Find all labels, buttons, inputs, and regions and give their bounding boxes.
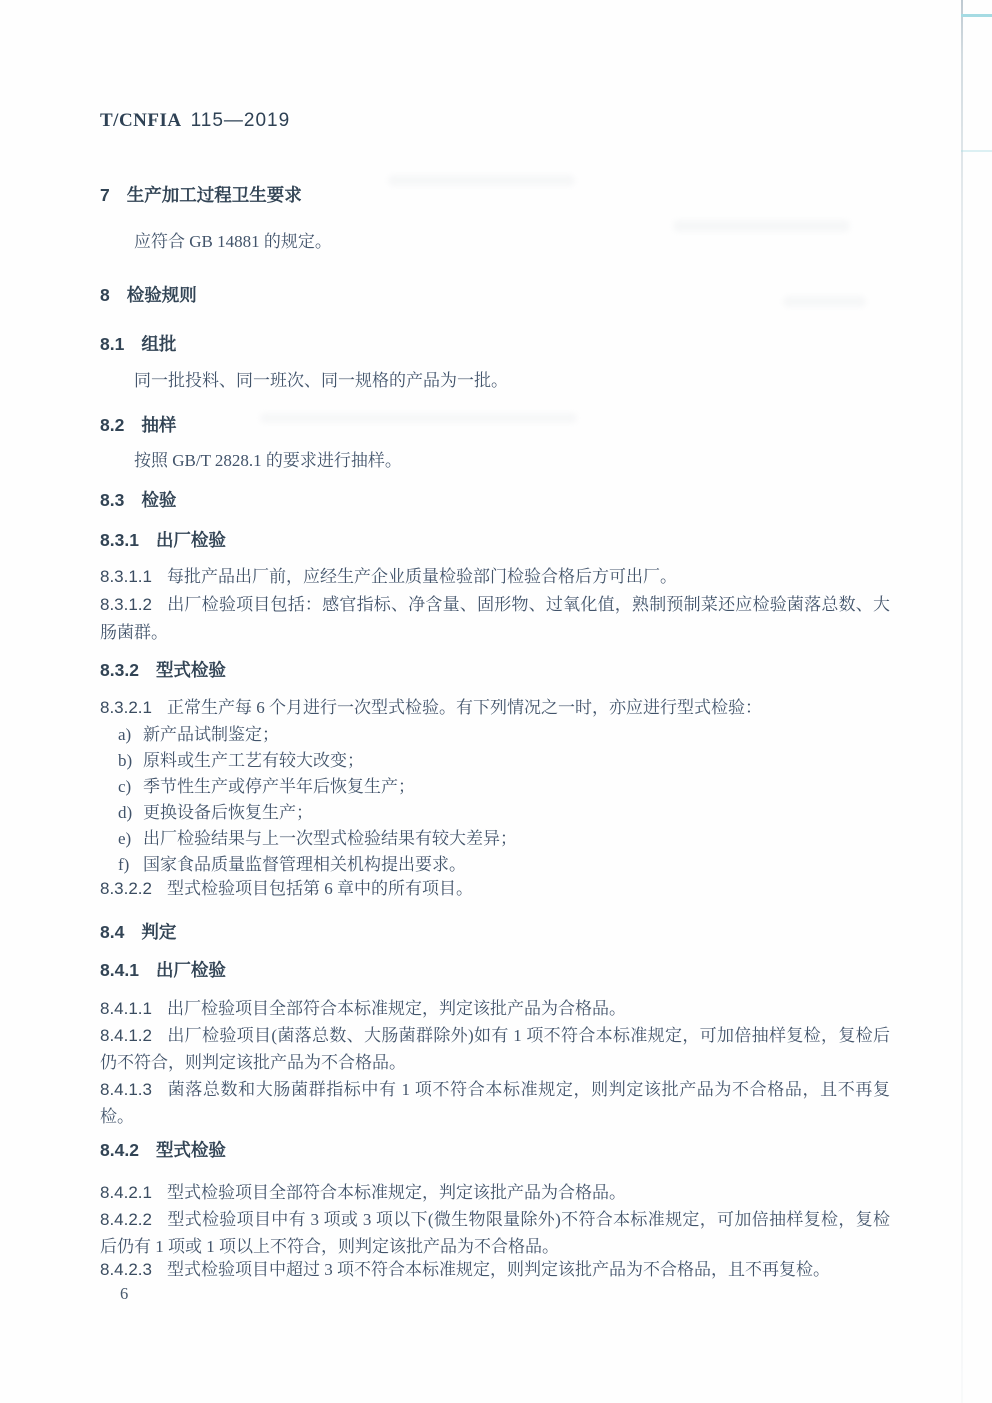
section-title: 出厂检验 <box>156 530 226 550</box>
clause-8-4-2-3: 8.4.2.3型式检验项目中超过 3 项不符合本标准规定，则判定该批产品为不合格… <box>100 1256 890 1283</box>
list-item-text: 更换设备后恢复生产； <box>143 800 890 826</box>
clause-text: 出厂检验项目包括：感官指标、净含量、固形物、过氧化值，熟制预制菜还应检验菌落总数… <box>100 595 890 642</box>
list-item: e)出厂检验结果与上一次型式检验结果有较大差异； <box>100 826 890 852</box>
clause-8-3-1-1: 8.3.1.1每批产品出厂前，应经生产企业质量检验部门检验合格后方可出厂。 <box>100 563 890 591</box>
clause-text: 出厂检验项目(菌落总数、大肠菌群除外)如有 1 项不符合本标准规定，可加倍抽样复… <box>100 1026 890 1072</box>
scanned-standard-document-page: T/CNFIA115—2019 7生产加工过程卫生要求 应符合 GB 14881… <box>0 0 992 1403</box>
clause-8-4-1-1: 8.4.1.1出厂检验项目全部符合本标准规定，判定该批产品为合格品。 <box>100 995 890 1022</box>
clause-8-3-1-2: 8.3.1.2出厂检验项目包括：感官指标、净含量、固形物、过氧化值，熟制预制菜还… <box>100 591 890 647</box>
clause-text: 型式检验项目中有 3 项或 3 项以下(微生物限量除外)不符合本标准规定，可加倍… <box>100 1210 890 1256</box>
section-8-4-1-heading: 8.4.1出厂检验 <box>100 957 890 982</box>
page-header-standard-code: T/CNFIA115—2019 <box>100 110 890 132</box>
section-title: 抽样 <box>141 415 176 435</box>
list-item: a)新产品试制鉴定； <box>100 722 890 748</box>
clause-8-4-1-2: 8.4.1.2出厂检验项目(菌落总数、大肠菌群除外)如有 1 项不符合本标准规定… <box>100 1022 890 1076</box>
section-title: 检验 <box>141 490 176 510</box>
section-8-heading: 8检验规则 <box>100 282 890 307</box>
list-item: b)原料或生产工艺有较大改变； <box>100 748 890 774</box>
clause-number: 8.4.1.3 <box>100 1080 152 1099</box>
clause-number: 8.3.2.1 <box>100 698 152 717</box>
section-title: 检验规则 <box>127 285 197 305</box>
section-8-3-heading: 8.3检验 <box>100 487 890 512</box>
standard-code-number: 115—2019 <box>191 110 291 131</box>
section-number: 8.4 <box>100 922 124 943</box>
scan-cyan-mark <box>961 14 992 17</box>
list-item-text: 原料或生产工艺有较大改变； <box>143 748 890 774</box>
clause-8-4-1-3: 8.4.1.3菌落总数和大肠菌群指标中有 1 项不符合本标准规定，则判定该批产品… <box>100 1076 890 1130</box>
section-title: 组批 <box>141 334 176 354</box>
clause-number: 8.4.2.1 <box>100 1183 152 1202</box>
clause-8-3-2-1: 8.3.2.1正常生产每 6 个月进行一次型式检验。有下列情况之一时，亦应进行型… <box>100 694 890 721</box>
clause-number: 8.4.1.2 <box>100 1026 152 1045</box>
section-number: 8.3.2 <box>100 660 139 681</box>
page-number: 6 <box>120 1284 128 1304</box>
list-item-label: b) <box>118 748 143 774</box>
section-8-3-1-heading: 8.3.1出厂检验 <box>100 527 890 552</box>
section-title: 型式检验 <box>156 660 226 680</box>
list-item-text: 季节性生产或停产半年后恢复生产； <box>143 774 890 800</box>
section-number: 8.4.1 <box>100 960 139 981</box>
section-8-2-paragraph: 按照 GB/T 2828.1 的要求进行抽样。 <box>100 447 890 475</box>
section-8-1-heading: 8.1组批 <box>100 331 890 356</box>
section-8-4-heading: 8.4判定 <box>100 919 890 944</box>
clause-text: 型式检验项目包括第 6 章中的所有项目。 <box>167 879 473 898</box>
section-8-1-paragraph: 同一批投料、同一班次、同一规格的产品为一批。 <box>100 367 890 395</box>
section-title: 型式检验 <box>156 1140 226 1160</box>
section-7-heading: 7生产加工过程卫生要求 <box>100 182 890 207</box>
list-item-text: 出厂检验结果与上一次型式检验结果有较大差异； <box>143 826 890 852</box>
clause-number: 8.3.1.2 <box>100 595 152 614</box>
clause-text: 菌落总数和大肠菌群指标中有 1 项不符合本标准规定，则判定该批产品为不合格品，且… <box>100 1080 890 1126</box>
clause-text: 型式检验项目全部符合本标准规定，判定该批产品为合格品。 <box>167 1183 626 1202</box>
list-item-label: d) <box>118 800 143 826</box>
clause-number: 8.3.2.2 <box>100 879 152 898</box>
section-title: 判定 <box>141 922 176 942</box>
section-8-2-heading: 8.2抽样 <box>100 412 890 437</box>
section-title: 出厂检验 <box>156 960 226 980</box>
section-number: 8.3.1 <box>100 530 139 551</box>
list-item-label: a) <box>118 722 143 748</box>
clause-number: 8.3.1.1 <box>100 567 152 586</box>
list-item: d)更换设备后恢复生产； <box>100 800 890 826</box>
list-item: c)季节性生产或停产半年后恢复生产； <box>100 774 890 800</box>
clause-text: 正常生产每 6 个月进行一次型式检验。有下列情况之一时，亦应进行型式检验： <box>167 698 762 717</box>
clause-text: 型式检验项目中超过 3 项不符合本标准规定，则判定该批产品为不合格品，且不再复检… <box>167 1260 830 1279</box>
clause-8-4-2-2: 8.4.2.2型式检验项目中有 3 项或 3 项以下(微生物限量除外)不符合本标… <box>100 1206 890 1260</box>
section-number: 8.2 <box>100 415 124 436</box>
clause-number: 8.4.2.2 <box>100 1210 152 1229</box>
section-8-4-2-heading: 8.4.2型式检验 <box>100 1137 890 1162</box>
list-item-text: 新产品试制鉴定； <box>143 722 890 748</box>
type-inspection-condition-list: a)新产品试制鉴定； b)原料或生产工艺有较大改变； c)季节性生产或停产半年后… <box>100 722 890 878</box>
clause-text: 每批产品出厂前，应经生产企业质量检验部门检验合格后方可出厂。 <box>167 567 677 586</box>
scan-cyan-mark-faint <box>961 150 992 152</box>
section-7-paragraph: 应符合 GB 14881 的规定。 <box>100 228 890 256</box>
section-8-3-2-heading: 8.3.2型式检验 <box>100 657 890 682</box>
section-number: 8 <box>100 285 110 306</box>
scan-page-edge-line <box>961 0 963 1403</box>
clause-number: 8.4.2.3 <box>100 1260 152 1279</box>
section-number: 8.3 <box>100 490 124 511</box>
section-title: 生产加工过程卫生要求 <box>127 185 302 205</box>
clause-8-3-2-2: 8.3.2.2型式检验项目包括第 6 章中的所有项目。 <box>100 875 890 902</box>
list-item-label: e) <box>118 826 143 852</box>
standard-code-prefix: T/CNFIA <box>100 110 182 131</box>
clause-number: 8.4.1.1 <box>100 999 152 1018</box>
section-number: 8.1 <box>100 334 124 355</box>
section-number: 7 <box>100 185 110 206</box>
clause-text: 出厂检验项目全部符合本标准规定，判定该批产品为合格品。 <box>167 999 626 1018</box>
clause-8-4-2-1: 8.4.2.1型式检验项目全部符合本标准规定，判定该批产品为合格品。 <box>100 1179 890 1206</box>
list-item-label: c) <box>118 774 143 800</box>
section-number: 8.4.2 <box>100 1140 139 1161</box>
